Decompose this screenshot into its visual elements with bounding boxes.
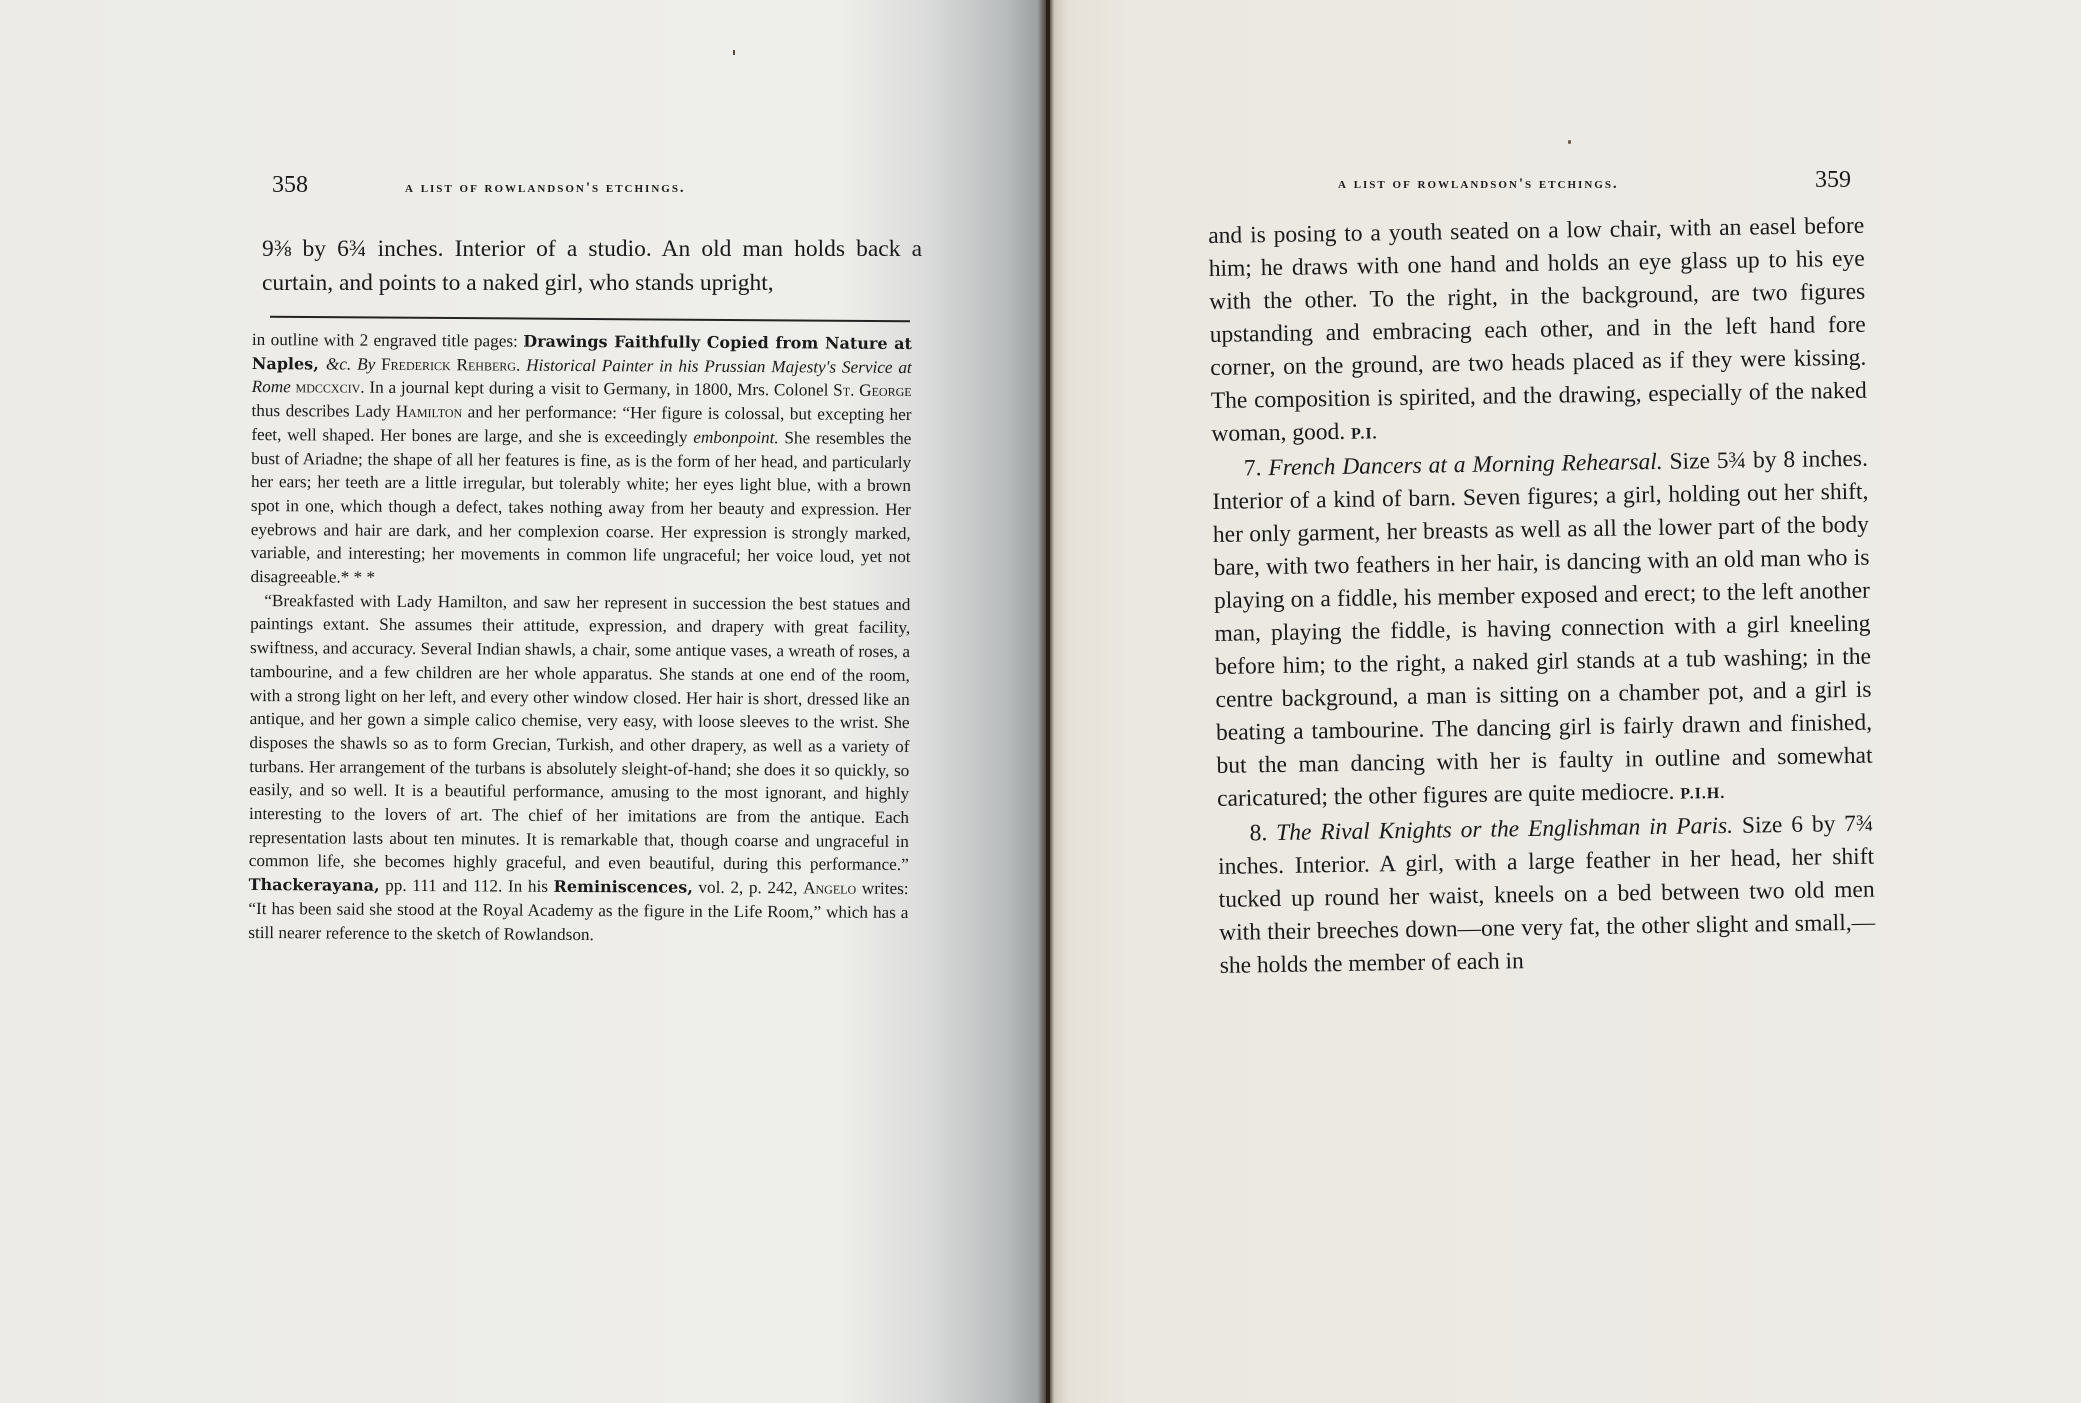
paper-fleck [733, 50, 735, 55]
running-head-left: A List of Rowlandson's Etchings. [405, 180, 686, 197]
right-page-body-text: and is posing to a youth seated on a low… [1208, 210, 1876, 983]
footnote-paragraph-2: “Breakfasted with Lady Hamilton, and saw… [248, 589, 910, 949]
footnote-paragraph-1: in outline with 2 engraved title pages: … [250, 328, 912, 593]
paper-fleck [1568, 140, 1571, 144]
page-number-right: 359 [1815, 167, 1851, 194]
attribution-initials: P.I.H. [1680, 785, 1725, 803]
gutter [1046, 0, 1050, 1403]
book-spread: 358 A List of Rowlandson's Etchings. 9⅜ … [0, 0, 2081, 1403]
catalogue-entry-7: 7. French Dancers at a Morning Rehearsal… [1212, 443, 1874, 818]
left-page-body-text: 9⅜ by 6¾ inches. Interior of a studio. A… [262, 232, 922, 300]
blackletter-title: Reminiscences, [554, 877, 693, 897]
author-name: Frederick Rehberg. [381, 354, 520, 374]
blackletter-title: Thackerayana, [249, 875, 380, 895]
continued-paragraph: and is posing to a youth seated on a low… [1208, 210, 1868, 453]
attribution-initials: P.I. [1351, 425, 1378, 442]
page-number-left: 358 [272, 172, 308, 199]
entry-title: French Dancers at a Morning Rehearsal. [1268, 449, 1663, 481]
entry-title: The Rival Knights or the Englishman in P… [1276, 813, 1733, 846]
footnote: in outline with 2 engraved title pages: … [248, 328, 912, 948]
running-head-right: A List of Rowlandson's Etchings. [1338, 176, 1619, 193]
catalogue-entry-8: 8. The Rival Knights or the Englishman i… [1217, 808, 1876, 983]
